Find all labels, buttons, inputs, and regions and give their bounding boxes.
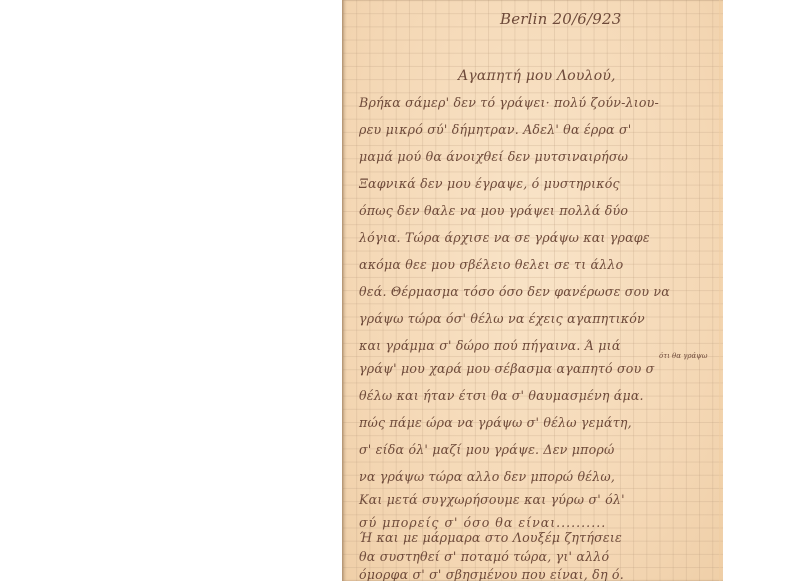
letter-line: ακόμα θεε μου σβέλειο θελει σε τι άλλο [359,257,623,272]
letter-line: ρευ μικρό σύ' δήμητραν. Αδελ' θα έρρα σ' [359,122,631,137]
letter-line: θέλω και ήταν έτσι θα σ' θαυμασμένη άμα. [359,388,644,403]
letter-line: να γράψω τώρα αλλο δεν μπορώ θέλω, [359,469,615,484]
letter-line: σύ μπορείς σ' όσο θα είναι.......... [359,515,606,530]
letter-line: μαμά μού θα άνοιχθεί δεν μυτσιναιρήσω [359,149,628,164]
letter-date: Berlin 20/6/923 [500,10,621,28]
letter-line: θα συστηθεί σ' ποταμό τώρα, γι' αλλό [359,549,609,564]
letter-line: Και μετά συγχωρήσουμε και γύρω σ' όλ' [359,492,625,507]
letter-line: Ξαφνικά δεν μου έγραψε, ό μυστηρικός [359,176,620,191]
letter-paper: Berlin 20/6/923 Αγαπητή μου Λουλού, Βρήκ… [343,0,723,581]
letter-line: γράψω τώρα όσ' θέλω να έχεις αγαπητικόν [359,311,645,326]
letter-line: όμορφα σ' σ' σβησμένου που είναι, δη ό. [359,567,624,581]
letter-line: Ή και με μάρμαρα στο Λουξέμ ζητήσειε [359,530,622,545]
letter-line: λόγια. Τώρα άρχισε να σε γράψω και γραφε [359,230,650,245]
letter-line: πώς πάμε ώρα να γράψω σ' θέλω γεμάτη, [359,415,632,430]
letter-line: γράψ' μου χαρά μου σέβασμα αγαπητό σου σ [359,361,654,376]
letter-line: όπως δεν θαλε να μου γράψει πολλά δύο [359,203,628,218]
paper-edge [719,0,723,581]
interlinear-insert: ότι θα γράψω [659,352,707,360]
letter-line: θεά. Θέρμασμα τόσο όσο δεν φανέρωσε σου … [359,284,670,299]
letter-line: και γράμμα σ' δώρο πού πήγαινα. Ά μιά [359,338,621,353]
letter-line: Βρήκα σάμερ' δεν τό γράψει· πολύ ζούν-λι… [359,95,659,110]
letter-line: σ' είδα όλ' μαζί μου γράψε. Δεν μπορώ [359,442,614,457]
letter-salutation: Αγαπητή μου Λουλού, [458,68,616,84]
